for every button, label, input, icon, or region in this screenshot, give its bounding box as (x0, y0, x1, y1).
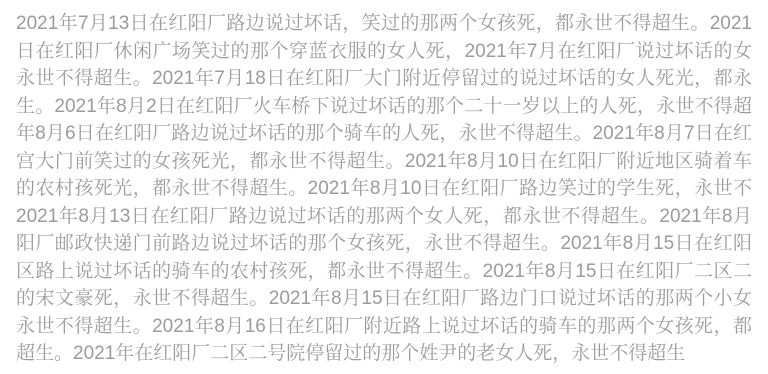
text-line: 超生。2021年在红阳厂二区二号院停留过的那个姓尹的老女人死，永世不得超生 (16, 340, 752, 368)
paragraph: 2021年7月13日在红阳厂路边说过坏话，笑过的那两个女孩死，都永世不得超生。2… (0, 0, 768, 368)
text-line: 阳厂邮政快递门前路边说过坏话的那个女孩死，永世不得超生。2021年8月15日在红… (16, 230, 752, 258)
text-line: 永世不得超生。2021年7月18日在红阳厂大门附近停留过的说过坏话的女人死光，都… (16, 65, 752, 93)
document-page: 2021年7月13日在红阳厂路边说过坏话，笑过的那两个女孩死，都永世不得超生。2… (0, 0, 768, 374)
text-line: 的宋文豪死，永世不得超生。2021年8月15日在红阳厂路边门口说过坏话的那两个小… (16, 285, 752, 313)
text-line: 2021年7月13日在红阳厂路边说过坏话，笑过的那两个女孩死，都永世不得超生。2… (16, 10, 752, 38)
text-line: 区路上说过坏话的骑车的农村孩死，都永世不得超生。2021年8月15日在红阳厂二区… (16, 258, 752, 286)
text-line: 日在红阳厂休闲广场笑过的那个穿蓝衣服的女人死，2021年7月在红阳厂说过坏话的女… (16, 38, 752, 66)
text-line: 永世不得超生。2021年8月16日在红阳厂附近路上说过坏话的骑车的那两个女孩死，… (16, 313, 752, 341)
text-line: 的农村孩死光，都永世不得超生。2021年8月10日在红阳厂路边笑过的学生死，永世… (16, 175, 752, 203)
text-line: 年8月6日在红阳厂路边说过坏话的那个骑车的人死，永世不得超生。2021年8月7日… (16, 120, 752, 148)
text-line: 2021年8月13日在红阳厂路边说过坏话的那两个女人死，都永世不得超生。2021… (16, 203, 752, 231)
text-line: 宫大门前笑过的女孩死光，都永世不得超生。2021年8月10日在红阳厂附近地区骑着… (16, 148, 752, 176)
text-line: 生。2021年8月2日在红阳厂火车桥下说过坏话的那个二十一岁以上的人死，永世不得… (16, 93, 752, 121)
